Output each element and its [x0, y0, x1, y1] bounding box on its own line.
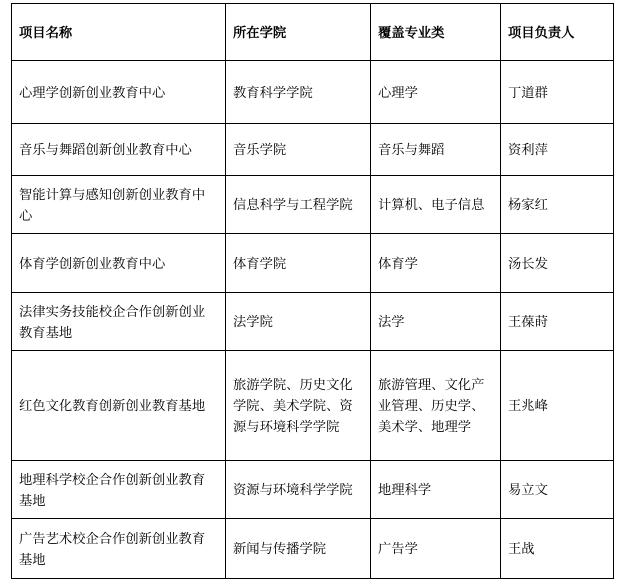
cell-major-categories: 心理学: [371, 61, 501, 124]
cell-college: 旅游学院、历史文化学院、美术学院、资源与环境科学学院: [226, 351, 371, 461]
table-row: 地理科学校企合作创新创业教育基地 资源与环境科学学院 地理科学 易立文: [12, 461, 614, 519]
col-header-project-leader: 项目负责人: [501, 4, 614, 61]
cell-college: 法学院: [226, 293, 371, 351]
cell-project-name: 心理学创新创业教育中心: [12, 61, 226, 124]
cell-project-leader: 汤长发: [501, 234, 614, 293]
cell-project-name: 音乐与舞蹈创新创业教育中心: [12, 124, 226, 176]
table-row: 音乐与舞蹈创新创业教育中心 音乐学院 音乐与舞蹈 资利萍: [12, 124, 614, 176]
cell-project-leader: 王葆莳: [501, 293, 614, 351]
col-header-major-categories: 覆盖专业类: [371, 4, 501, 61]
cell-project-leader: 王战: [501, 519, 614, 579]
cell-college: 音乐学院: [226, 124, 371, 176]
table-row: 心理学创新创业教育中心 教育科学学院 心理学 丁道群: [12, 61, 614, 124]
cell-project-name: 智能计算与感知创新创业教育中心: [12, 176, 226, 234]
cell-project-leader: 资利萍: [501, 124, 614, 176]
cell-project-leader: 王兆峰: [501, 351, 614, 461]
cell-project-name: 广告艺术校企合作创新创业教育基地: [12, 519, 226, 579]
cell-project-name: 体育学创新创业教育中心: [12, 234, 226, 293]
cell-college: 新闻与传播学院: [226, 519, 371, 579]
table-row: 智能计算与感知创新创业教育中心 信息科学与工程学院 计算机、电子信息 杨家红: [12, 176, 614, 234]
table-row: 红色文化教育创新创业教育基地 旅游学院、历史文化学院、美术学院、资源与环境科学学…: [12, 351, 614, 461]
cell-college: 教育科学学院: [226, 61, 371, 124]
col-header-college: 所在学院: [226, 4, 371, 61]
innovation-projects-table: 项目名称 所在学院 覆盖专业类 项目负责人 心理学创新创业教育中心 教育科学学院…: [11, 3, 614, 579]
table-row: 广告艺术校企合作创新创业教育基地 新闻与传播学院 广告学 王战: [12, 519, 614, 579]
cell-project-leader: 杨家红: [501, 176, 614, 234]
col-header-project-name: 项目名称: [12, 4, 226, 61]
cell-project-leader: 丁道群: [501, 61, 614, 124]
cell-major-categories: 广告学: [371, 519, 501, 579]
cell-project-name: 红色文化教育创新创业教育基地: [12, 351, 226, 461]
header-row: 项目名称 所在学院 覆盖专业类 项目负责人: [12, 4, 614, 61]
cell-college: 信息科学与工程学院: [226, 176, 371, 234]
cell-college: 资源与环境科学学院: [226, 461, 371, 519]
cell-major-categories: 计算机、电子信息: [371, 176, 501, 234]
table-row: 体育学创新创业教育中心 体育学院 体育学 汤长发: [12, 234, 614, 293]
table-row: 法律实务技能校企合作创新创业教育基地 法学院 法学 王葆莳: [12, 293, 614, 351]
cell-college: 体育学院: [226, 234, 371, 293]
cell-major-categories: 体育学: [371, 234, 501, 293]
cell-major-categories: 法学: [371, 293, 501, 351]
cell-project-leader: 易立文: [501, 461, 614, 519]
cell-project-name: 法律实务技能校企合作创新创业教育基地: [12, 293, 226, 351]
cell-major-categories: 音乐与舞蹈: [371, 124, 501, 176]
cell-major-categories: 地理科学: [371, 461, 501, 519]
cell-project-name: 地理科学校企合作创新创业教育基地: [12, 461, 226, 519]
cell-major-categories: 旅游管理、文化产业管理、历史学、美术学、地理学: [371, 351, 501, 461]
